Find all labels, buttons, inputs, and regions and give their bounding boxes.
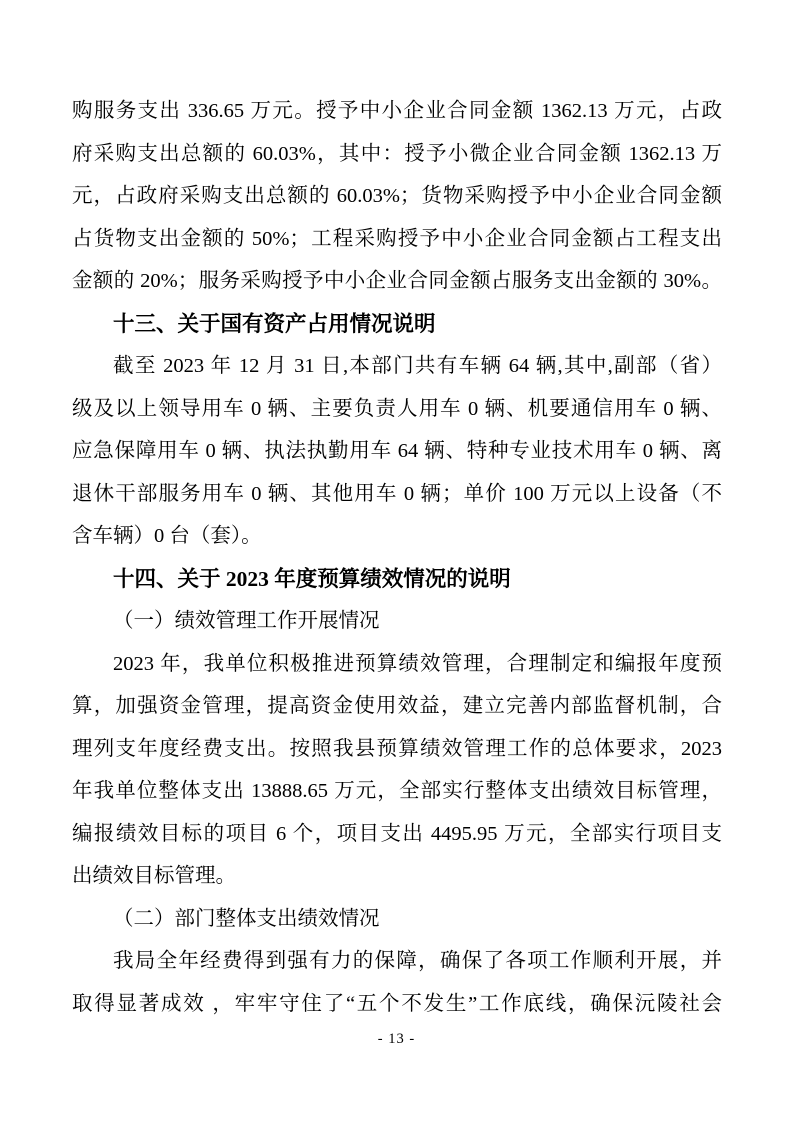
document-body: 购服务支出 336.65 万元。授予中小企业合同金额 1362.13 万元，占政…: [72, 90, 722, 1025]
text-line: 级及以上领导用车 0 辆、主要负责人用车 0 辆、机要通信用车 0 辆、: [72, 388, 722, 431]
text-line: 含车辆）0 台（套）。: [72, 515, 722, 558]
text-line: 府采购支出总额的 60.03%，其中：授予小微企业合同金额 1362.13 万: [72, 133, 722, 176]
text-line: 占货物支出金额的 50%；工程采购授予中小企业合同金额占工程支出: [72, 218, 722, 261]
text-line: 年我单位整体支出 13888.65 万元，全部实行整体支出绩效目标管理，: [72, 770, 722, 813]
text-line: 编报绩效目标的项目 6 个，项目支出 4495.95 万元，全部实行项目支: [72, 813, 722, 856]
document-page: 购服务支出 336.65 万元。授予中小企业合同金额 1362.13 万元，占政…: [0, 0, 793, 1122]
section-heading: 十四、关于 2023 年度预算绩效情况的说明: [72, 558, 722, 601]
text-line: 理列支年度经费支出。按照我县预算绩效管理工作的总体要求，2023: [72, 728, 722, 771]
text-line: 截至 2023 年 12 月 31 日,本部门共有车辆 64 辆,其中,副部（省…: [72, 345, 722, 388]
text-line: 购服务支出 336.65 万元。授予中小企业合同金额 1362.13 万元，占政: [72, 90, 722, 133]
text-line: （一）绩效管理工作开展情况: [72, 600, 722, 643]
text-line: 我局全年经费得到强有力的保障，确保了各项工作顺利开展，并: [72, 940, 722, 983]
text-line: 应急保障用车 0 辆、执法执勤用车 64 辆、特种专业技术用车 0 辆、离: [72, 430, 722, 473]
text-line: 退休干部服务用车 0 辆、其他用车 0 辆；单价 100 万元以上设备（不: [72, 473, 722, 516]
text-line: 算，加强资金管理，提高资金使用效益，建立完善内部监督机制，合: [72, 685, 722, 728]
text-line: 取得显著成效 ，牢牢守住了“五个不发生”工作底线，确保沅陵社会: [72, 983, 722, 1026]
text-line: 金额的 20%；服务采购授予中小企业合同金额占服务支出金额的 30%。: [72, 260, 722, 303]
text-line: 出绩效目标管理。: [72, 855, 722, 898]
page-number: - 13 -: [0, 1031, 793, 1048]
section-heading: 十三、关于国有资产占用情况说明: [72, 303, 722, 346]
text-line: 2023 年，我单位积极推进预算绩效管理，合理制定和编报年度预: [72, 643, 722, 686]
text-line: 元，占政府采购支出总额的 60.03%；货物采购授予中小企业合同金额: [72, 175, 722, 218]
text-line: （二）部门整体支出绩效情况: [72, 898, 722, 941]
